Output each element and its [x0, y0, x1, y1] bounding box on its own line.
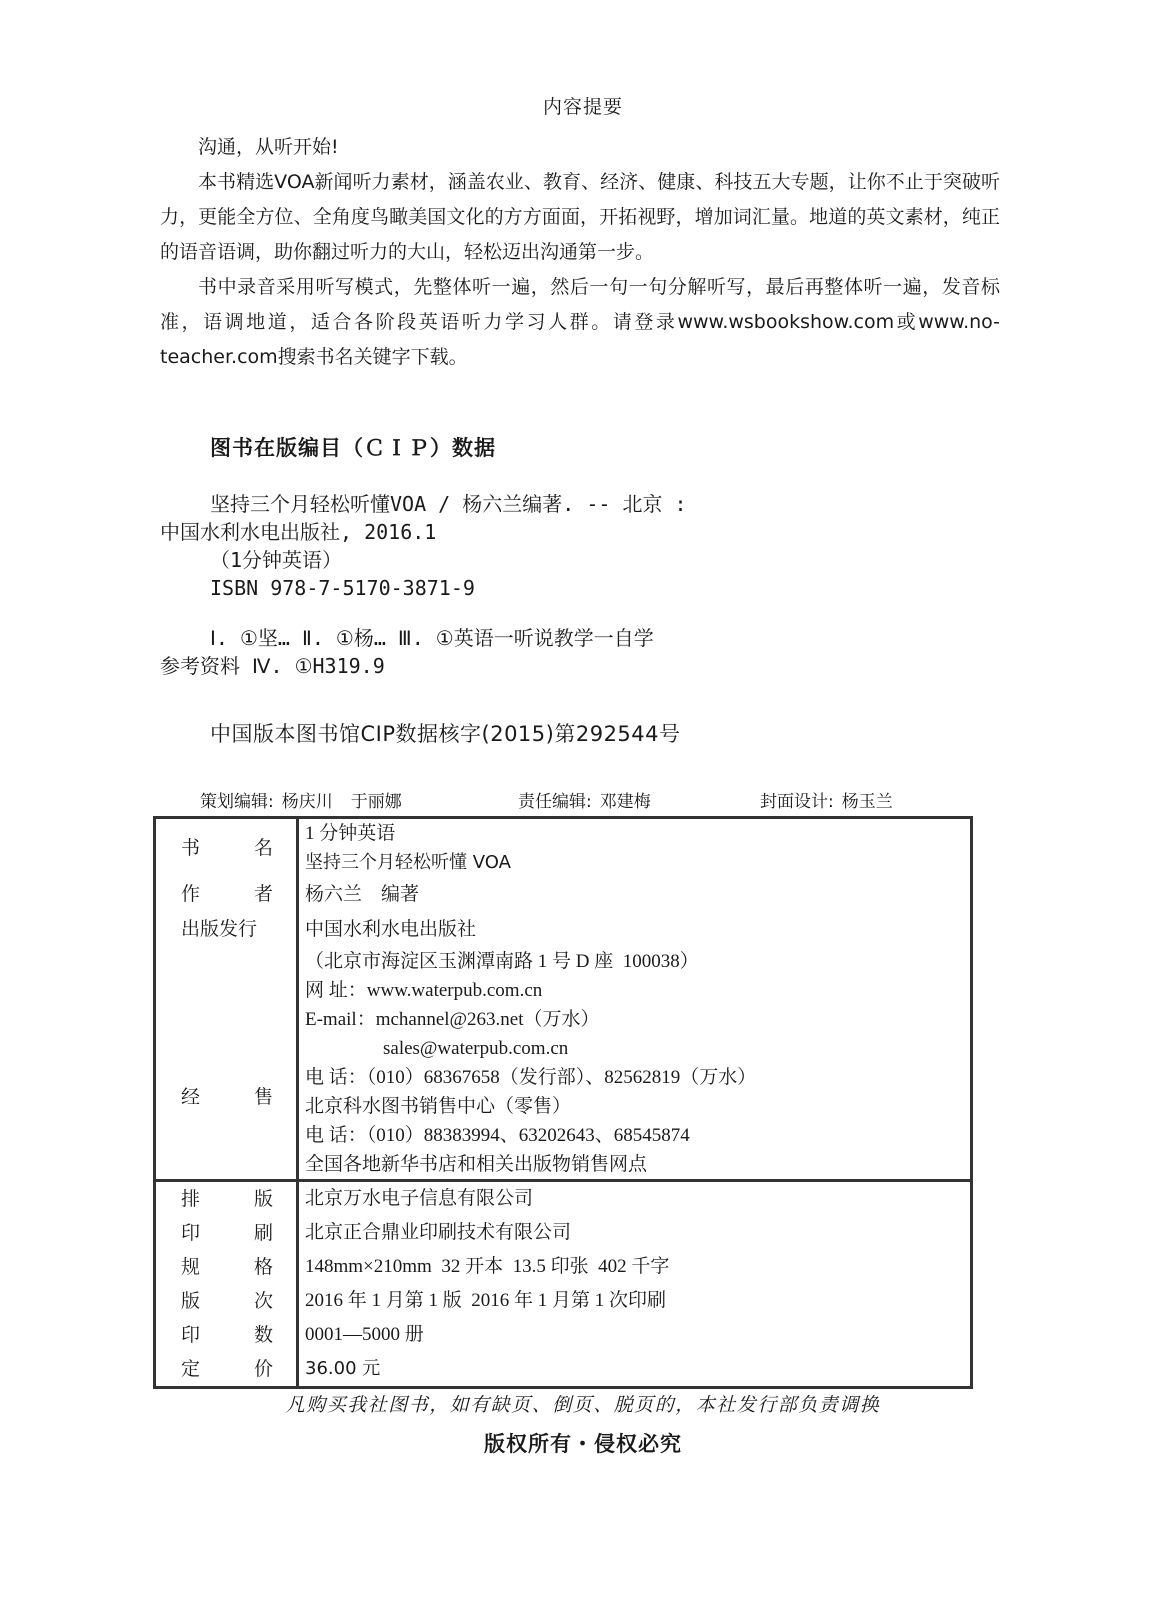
- planning-editor-name: 于丽娜: [351, 792, 402, 812]
- planning-editor-label: 策划编辑:: [200, 787, 274, 812]
- summary-paragraph: 沟通，从听开始!: [160, 130, 1000, 165]
- cip-record: 坚持三个月轻松听懂VOA / 杨六兰编著. -- 北京 : 中国水利水电出版社,…: [160, 490, 860, 680]
- specification-value: 148mm×210mm 32 开本 13.5 印张 402 千字: [305, 1250, 970, 1284]
- cip-series-line: （1分钟英语）: [160, 546, 860, 574]
- cover-designer-name: 杨玉兰: [842, 787, 893, 812]
- book-title: 坚持三个月轻松听懂 VOA: [305, 848, 970, 877]
- publisher-phone: 电 话：（010）68367658（发行部）、82562819（万水）: [305, 1063, 970, 1092]
- publication-section: 书名 作者 出版发行 经售 1 分钟英语 坚持三个月轻松听懂 VOA 杨六兰 编…: [156, 819, 970, 1179]
- replacement-notice: 凡购买我社图书，如有缺页、倒页、脱页的，本社发行部负责调换: [0, 1390, 1166, 1417]
- cip-isbn-line: ISBN 978-7-5170-3871-9: [160, 574, 860, 602]
- cip-verification-number: 中国版本图书馆CIP数据核字(2015)第292544号: [210, 718, 681, 748]
- publisher-value: 中国水利水电出版社: [305, 912, 970, 947]
- series-name: 1 分钟英语: [305, 819, 970, 848]
- typesetting-value: 北京万水电子信息有限公司: [305, 1182, 970, 1216]
- cip-title-line: 坚持三个月轻松听懂VOA / 杨六兰编著. -- 北京 :: [160, 490, 860, 518]
- printing-value: 北京正合鼎业印刷技术有限公司: [305, 1216, 970, 1250]
- value-column: 北京万水电子信息有限公司 北京正合鼎业印刷技术有限公司 148mm×210mm …: [299, 1182, 970, 1386]
- edition-label: 版次: [156, 1284, 296, 1318]
- author-value: 杨六兰 编著: [305, 877, 970, 912]
- planning-editor-name: 杨庆川: [282, 792, 333, 812]
- cip-classification-line: Ⅰ. ①坚… Ⅱ. ①杨… Ⅲ. ①英语一听说教学一自学: [160, 624, 860, 652]
- copyright-page: 内容提要 沟通，从听开始! 本书精选VOA新闻听力素材，涵盖农业、教育、经济、健…: [0, 0, 1166, 1623]
- price-label: 定价: [156, 1352, 296, 1386]
- sales-phone: 电 话：（010）88383994、63202643、68545874: [305, 1121, 970, 1150]
- sales-outlets: 全国各地新华书店和相关出版物销售网点: [305, 1150, 970, 1179]
- printing-label: 印刷: [156, 1216, 296, 1250]
- cip-classification-line: 参考资料 Ⅳ. ①H319.9: [160, 652, 860, 680]
- cover-designer-label: 封面设计:: [760, 787, 834, 812]
- summary-paragraph: 书中录音采用听写模式，先整体听一遍，然后一句一句分解听写，最后再整体听一遍，发音…: [160, 270, 1000, 375]
- editor-credits: 策划编辑: 杨庆川于丽娜 责任编辑: 邓建梅 封面设计: 杨玉兰: [200, 787, 980, 812]
- publisher-email-secondary: sales@waterpub.com.cn: [305, 1034, 970, 1063]
- cover-designer: 封面设计: 杨玉兰: [760, 787, 893, 812]
- summary-paragraph: 本书精选VOA新闻听力素材，涵盖农业、教育、经济、健康、科技五大专题，让你不止于…: [160, 165, 1000, 270]
- responsible-editor: 责任编辑: 邓建梅: [518, 787, 760, 812]
- label-column: 书名 作者 出版发行 经售: [156, 819, 299, 1179]
- publisher-email: E-mail：mchannel@263.net（万水）: [305, 1005, 970, 1034]
- cip-heading: 图书在版编目（ＣＩＰ）数据: [210, 432, 496, 462]
- print-run-label: 印数: [156, 1318, 296, 1352]
- production-section: 排版 印刷 规格 版次 印数 定价 北京万水电子信息有限公司 北京正合鼎业印刷技…: [156, 1179, 970, 1386]
- typesetting-label: 排版: [156, 1182, 296, 1216]
- planning-editor: 策划编辑: 杨庆川于丽娜: [200, 787, 518, 812]
- sales-center: 北京科水图书销售中心（零售）: [305, 1092, 970, 1121]
- value-column: 1 分钟英语 坚持三个月轻松听懂 VOA 杨六兰 编著 中国水利水电出版社 （北…: [299, 819, 970, 1179]
- specification-label: 规格: [156, 1250, 296, 1284]
- publication-info-table: 书名 作者 出版发行 经售 1 分钟英语 坚持三个月轻松听懂 VOA 杨六兰 编…: [153, 816, 973, 1389]
- copyright-notice: 版权所有・侵权必究: [0, 1428, 1166, 1458]
- responsible-editor-label: 责任编辑:: [518, 787, 592, 812]
- price-value: 36.00 元: [305, 1352, 970, 1386]
- cip-publisher-line: 中国水利水电出版社, 2016.1: [160, 518, 860, 546]
- summary-body: 沟通，从听开始! 本书精选VOA新闻听力素材，涵盖农业、教育、经济、健康、科技五…: [160, 130, 1000, 375]
- print-run-value: 0001—5000 册: [305, 1318, 970, 1352]
- summary-title: 内容提要: [0, 92, 1166, 119]
- label-column: 排版 印刷 规格 版次 印数 定价: [156, 1182, 299, 1386]
- edition-value: 2016 年 1 月第 1 版 2016 年 1 月第 1 次印刷: [305, 1284, 970, 1318]
- publisher-website: 网 址：www.waterpub.com.cn: [305, 976, 970, 1005]
- sales-label: 经售: [156, 1083, 296, 1112]
- book-name-label: 书名: [156, 819, 296, 877]
- author-label: 作者: [156, 877, 296, 912]
- responsible-editor-name: 邓建梅: [600, 787, 651, 812]
- publisher-address: （北京市海淀区玉渊潭南路 1 号 D 座 100038）: [305, 947, 970, 976]
- publisher-label: 出版发行: [156, 912, 296, 947]
